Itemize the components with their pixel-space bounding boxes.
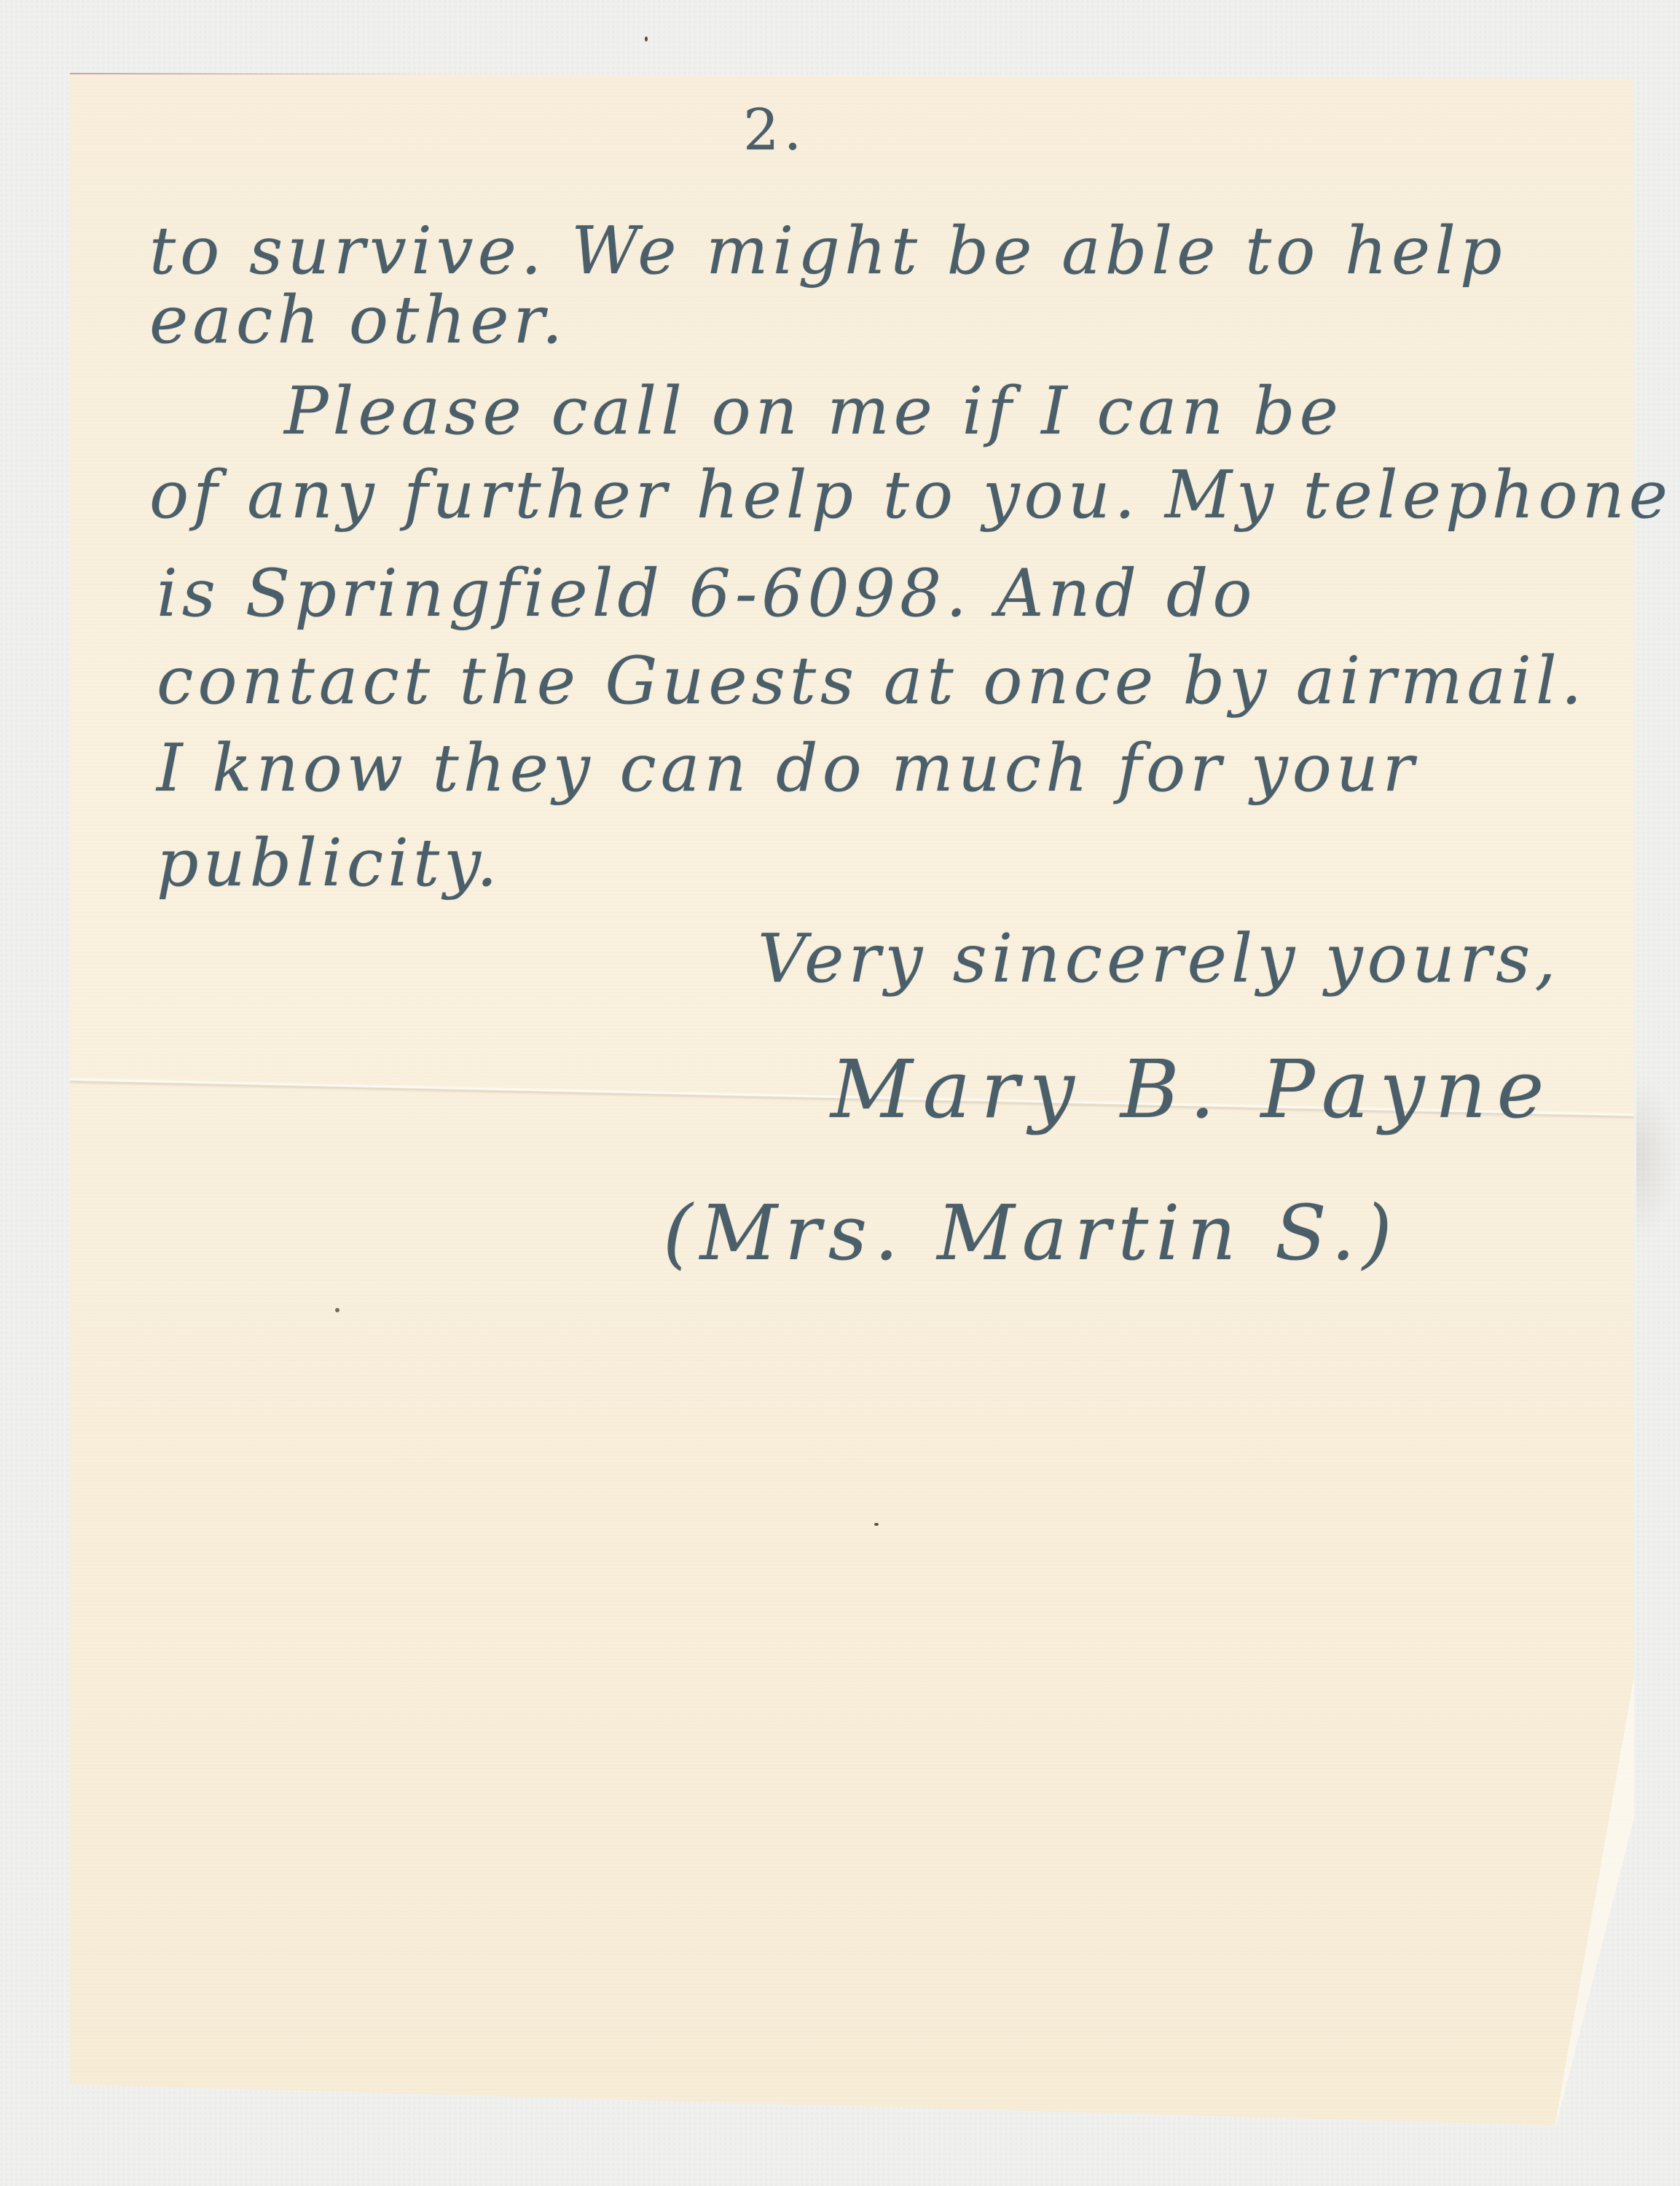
edge-shadow [1636, 1071, 1680, 1246]
dust-speck [874, 1523, 879, 1526]
body-line-6: contact the Guests at once by airmail. [157, 649, 1586, 714]
dust-speck [645, 36, 648, 42]
body-line-4: of any further help to you. My telephone [149, 463, 1672, 528]
body-line-3: Please call on me if I can be [284, 379, 1343, 444]
signature-note: (Mrs. Martin S.) [663, 1195, 1400, 1271]
body-line-8: publicity. [157, 831, 502, 896]
body-line-2: each other. [149, 288, 567, 353]
dust-speck [335, 1308, 339, 1312]
body-line-7: I know they can do much for your [157, 736, 1418, 802]
body-line-5: is Springfield 6-6098. And do [157, 561, 1257, 627]
signature: Mary B. Payne [831, 1049, 1554, 1129]
closing-salutation: Very sincerely yours, [758, 925, 1561, 992]
folded-corner [1416, 158, 1634, 2126]
page-number: 2. [743, 102, 806, 159]
body-line-1: to survive. We might be able to help [149, 219, 1507, 284]
